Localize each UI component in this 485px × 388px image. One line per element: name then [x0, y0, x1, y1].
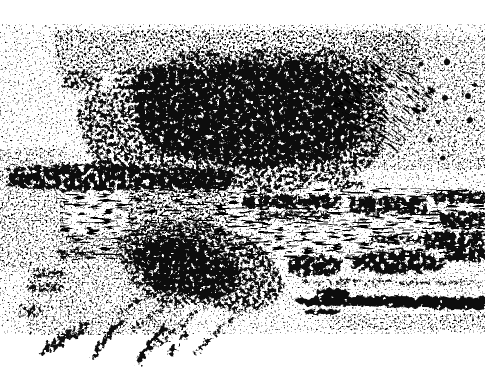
streak-8 — [370, 236, 432, 244]
streak-5 — [440, 212, 485, 228]
shore-band-tail — [235, 172, 305, 186]
thin-dash-row — [300, 281, 480, 284]
water-blob-mid — [351, 251, 445, 274]
halftone-dot — [473, 83, 477, 87]
ripple-dash-3 — [58, 250, 92, 258]
streak-4 — [433, 192, 485, 203]
ripple-dash-4 — [20, 306, 40, 316]
halftone-dot — [442, 95, 448, 101]
halftone-dot — [441, 156, 446, 161]
streak-1 — [242, 195, 340, 208]
ripple-dash-2 — [25, 283, 63, 291]
scanned-photo-page: Monochrome thresholded landscape photogr… — [0, 0, 485, 388]
halftone-dot — [444, 59, 450, 65]
streak-7 — [330, 181, 364, 189]
halftone-dot — [422, 108, 427, 113]
halftone-dot — [465, 93, 471, 99]
foliage-core — [130, 59, 364, 169]
streak-2 — [258, 211, 330, 220]
scanned-photo: Monochrome thresholded landscape photogr… — [0, 0, 485, 388]
foliage-patch-left — [62, 70, 102, 92]
halftone-dot — [419, 62, 424, 67]
shore-band-main — [8, 164, 235, 191]
halftone-dot — [427, 137, 432, 142]
streak-3 — [350, 197, 426, 214]
water-blob-right — [447, 246, 485, 261]
water-blob-left — [287, 256, 342, 277]
halftone-dot — [436, 120, 440, 124]
ripple-dash-1 — [33, 270, 65, 278]
halftone-dot — [467, 117, 473, 123]
waterline-sliver — [304, 309, 340, 315]
below-waterline-specks — [330, 314, 485, 330]
